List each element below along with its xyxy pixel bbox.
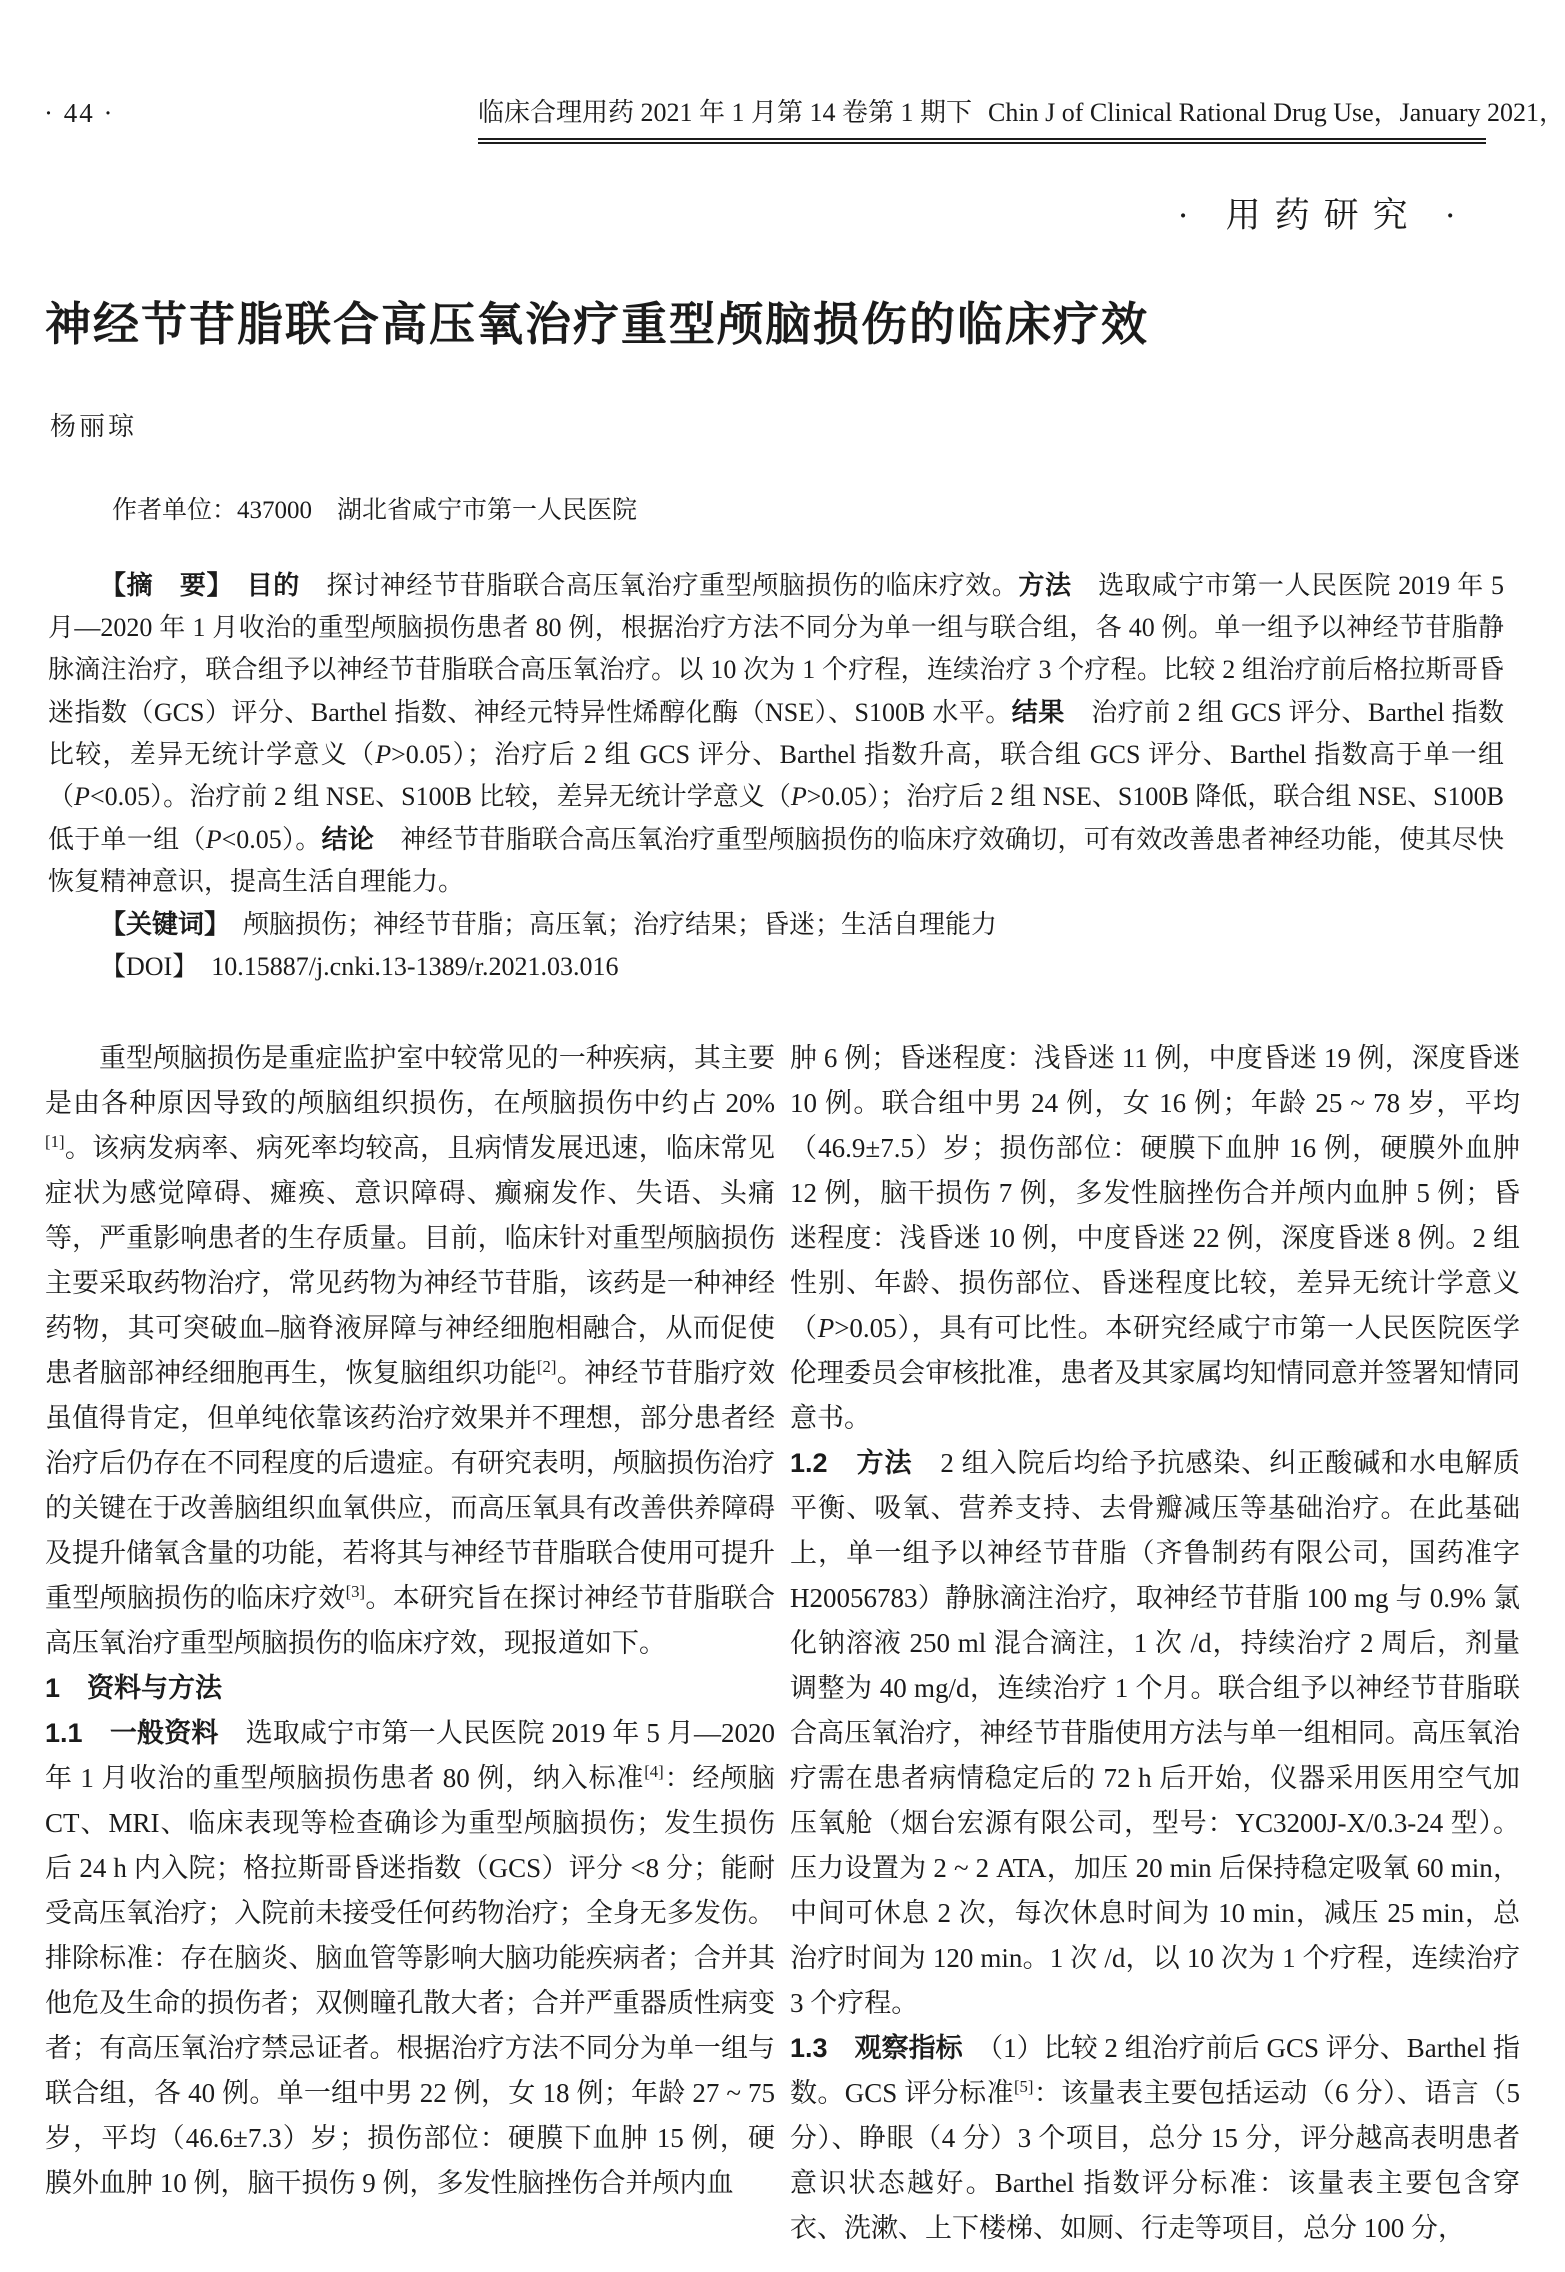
- body-paragraph: 1.3 观察指标 （1）比较 2 组治疗前后 GCS 评分、Barthel 指数…: [790, 2026, 1520, 2251]
- author-affiliation: 作者单位：437000 湖北省咸宁市第一人民医院: [112, 490, 637, 526]
- section-heading: 1 资料与方法: [45, 1666, 775, 1711]
- body-paragraph: 重型颅脑损伤是重症监护室中较常见的一种疾病，其主要是由各种原因导致的颅脑组织损伤…: [45, 1036, 775, 1666]
- body-paragraph: 肿 6 例；昏迷程度：浅昏迷 11 例，中度昏迷 19 例，深度昏迷 10 例。…: [790, 1036, 1520, 1441]
- article-title: 神经节苷脂联合高压氧治疗重型颅脑损伤的临床疗效: [45, 288, 1149, 354]
- keywords-line: 【关键词】 颅脑损伤；神经节苷脂；高压氧；治疗结果；昏迷；生活自理能力: [48, 903, 1504, 946]
- journal-header: 临床合理用药 2021 年 1 月第 14 卷第 1 期下Chin J of C…: [478, 92, 1486, 144]
- journal-title-en: Chin J of Clinical Rational Drug Use，Jan…: [988, 98, 1565, 127]
- page-number: · 44 ·: [44, 98, 114, 129]
- body-paragraph: 1.1 一般资料 选取咸宁市第一人民医院 2019 年 5 月—2020 年 1…: [45, 1711, 775, 2206]
- journal-title-cn: 临床合理用药 2021 年 1 月第 14 卷第 1 期下: [478, 98, 972, 127]
- abstract-paragraph: 【摘 要】 目的 探讨神经节苷脂联合高压氧治疗重型颅脑损伤的临床疗效。方法 选取…: [48, 564, 1504, 903]
- journal-page: · 44 · 临床合理用药 2021 年 1 月第 14 卷第 1 期下Chin…: [0, 0, 1565, 2272]
- body-paragraph: 1.2 方法 2 组入院后均给予抗感染、纠正酸碱和水电解质平衡、吸氧、营养支持、…: [790, 1441, 1520, 2026]
- doi-line: 【DOI】 10.15887/j.cnki.13-1389/r.2021.03.…: [48, 946, 1504, 988]
- column-left: 重型颅脑损伤是重症监护室中较常见的一种疾病，其主要是由各种原因导致的颅脑组织损伤…: [45, 1036, 775, 2206]
- author-name: 杨丽琼: [50, 406, 137, 443]
- front-matter: 【摘 要】 目的 探讨神经节苷脂联合高压氧治疗重型颅脑损伤的临床疗效。方法 选取…: [48, 564, 1504, 988]
- column-section-label: · 用药研究 ·: [1177, 188, 1470, 238]
- column-right: 肿 6 例；昏迷程度：浅昏迷 11 例，中度昏迷 19 例，深度昏迷 10 例。…: [790, 1036, 1520, 2251]
